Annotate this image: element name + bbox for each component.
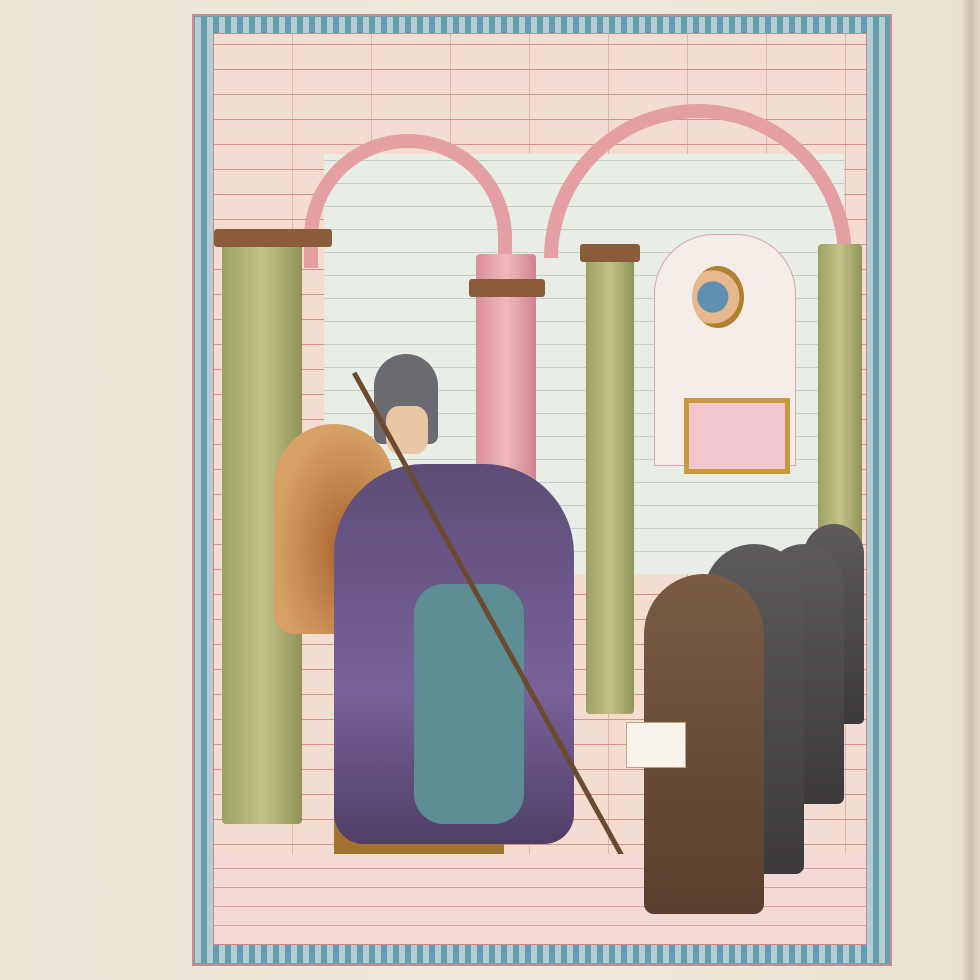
illumination-panel	[214, 34, 866, 944]
center-column-capital	[469, 279, 545, 297]
virgin-child-icon	[692, 266, 744, 328]
right-center-column	[586, 244, 634, 714]
left-column-capital	[214, 229, 332, 247]
manuscript-page	[0, 0, 980, 980]
altar-cloth	[684, 398, 790, 474]
decorative-border	[192, 14, 892, 966]
right-center-column-capital	[580, 244, 640, 262]
book-gutter	[962, 0, 980, 980]
open-book	[626, 722, 686, 768]
kneeling-monks	[634, 504, 864, 924]
bishop-undergarment	[414, 584, 524, 824]
bishop	[334, 354, 574, 874]
